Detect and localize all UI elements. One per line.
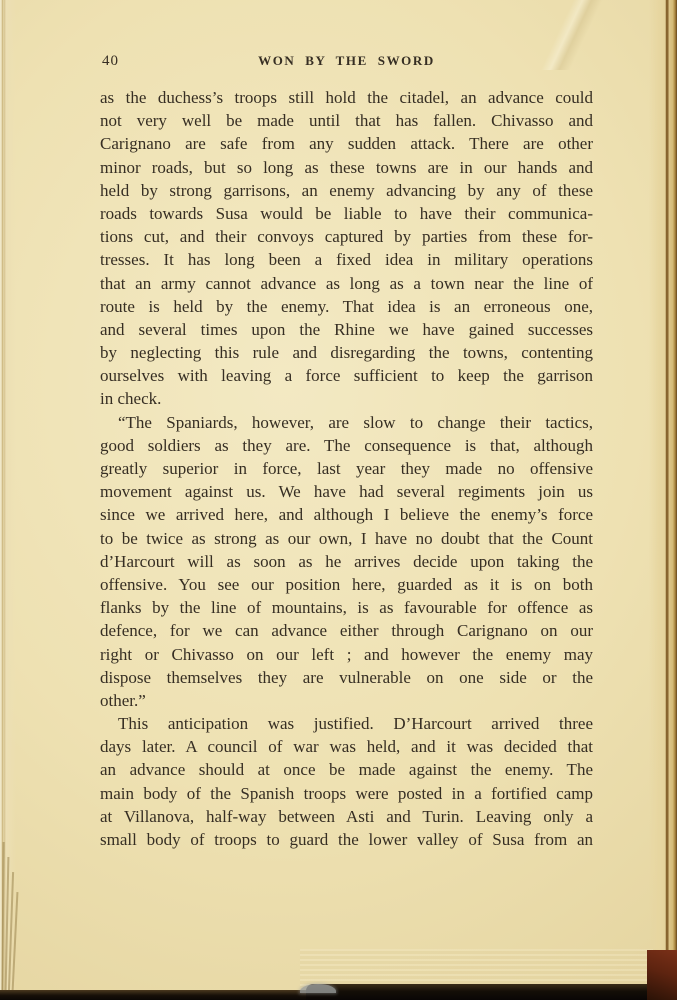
text-line: at Villanova, half-way between Asti and … bbox=[100, 805, 593, 828]
book-bottom-edge bbox=[0, 990, 318, 1000]
page-header: 40 WON BY THE SWORD bbox=[100, 52, 593, 70]
text-line: “The Spaniards, however, are slow to cha… bbox=[100, 411, 593, 434]
book-bottom-edge bbox=[306, 984, 677, 1000]
text-line: an advance should at once be made agains… bbox=[100, 758, 593, 781]
text-line: held by strong garrisons, an enemy advan… bbox=[100, 179, 593, 202]
text-line: offensive. You see our position here, gu… bbox=[100, 573, 593, 596]
book-cover-corner bbox=[647, 950, 677, 1000]
paragraph: as the duchess’s troops still hold the c… bbox=[100, 86, 593, 411]
text-line: d’Harcourt will as soon as he arrives de… bbox=[100, 550, 593, 573]
text-line: minor roads, but so long as these towns … bbox=[100, 156, 593, 179]
text-line: good soldiers as they are. The consequen… bbox=[100, 434, 593, 457]
text-line: and several times upon the Rhine we have… bbox=[100, 318, 593, 341]
text-line: greatly superior in force, last year the… bbox=[100, 457, 593, 480]
page-right-edge bbox=[630, 0, 677, 1000]
text-line: Carignano are safe from any sudden attac… bbox=[100, 132, 593, 155]
text-line: movement against us. We have had several… bbox=[100, 480, 593, 503]
text-line: that an army cannot advance as long as a… bbox=[100, 272, 593, 295]
text-line: tions cut, and their convoys captured by… bbox=[100, 225, 593, 248]
text-line: to be twice as strong as our own, I have… bbox=[100, 527, 593, 550]
text-line: days later. A council of war was held, a… bbox=[100, 735, 593, 758]
text-line: as the duchess’s troops still hold the c… bbox=[100, 86, 593, 109]
page-number: 40 bbox=[102, 52, 119, 70]
text-line: route is held by the enemy. That idea is… bbox=[100, 295, 593, 318]
text-line: defence, for we can advance either throu… bbox=[100, 619, 593, 642]
text-line: other.” bbox=[100, 689, 593, 712]
text-line: ourselves with leaving a force sufficien… bbox=[100, 364, 593, 387]
text-line: main body of the Spanish troops were pos… bbox=[100, 782, 593, 805]
page-content: 40 WON BY THE SWORD as the duchess’s tro… bbox=[100, 52, 593, 851]
running-header: WON BY THE SWORD bbox=[100, 52, 593, 70]
text-line: This anticipation was justified. D’Harco… bbox=[100, 712, 593, 735]
text-line: roads towards Susa would be liable to ha… bbox=[100, 202, 593, 225]
paragraph: This anticipation was justified. D’Harco… bbox=[100, 712, 593, 851]
body-text: as the duchess’s troops still hold the c… bbox=[100, 86, 593, 851]
text-line: small body of troops to guard the lower … bbox=[100, 828, 593, 851]
text-line: in check. bbox=[100, 387, 593, 410]
text-line: dispose themselves they are vulnerable o… bbox=[100, 666, 593, 689]
text-line: since we arrived here, and although I be… bbox=[100, 503, 593, 526]
text-line: not very well be made until that has fal… bbox=[100, 109, 593, 132]
text-line: by neglecting this rule and disregarding… bbox=[100, 341, 593, 364]
page-stack-bottom bbox=[300, 949, 653, 987]
paragraph: “The Spaniards, however, are slow to cha… bbox=[100, 411, 593, 712]
text-line: right or Chivasso on our left ; and howe… bbox=[100, 643, 593, 666]
binding-clip bbox=[300, 984, 336, 993]
book-page: 40 WON BY THE SWORD as the duchess’s tro… bbox=[0, 0, 677, 1000]
text-line: flanks by the line of mountains, is as f… bbox=[100, 596, 593, 619]
text-line: tresses. It has long been a fixed idea i… bbox=[100, 248, 593, 271]
